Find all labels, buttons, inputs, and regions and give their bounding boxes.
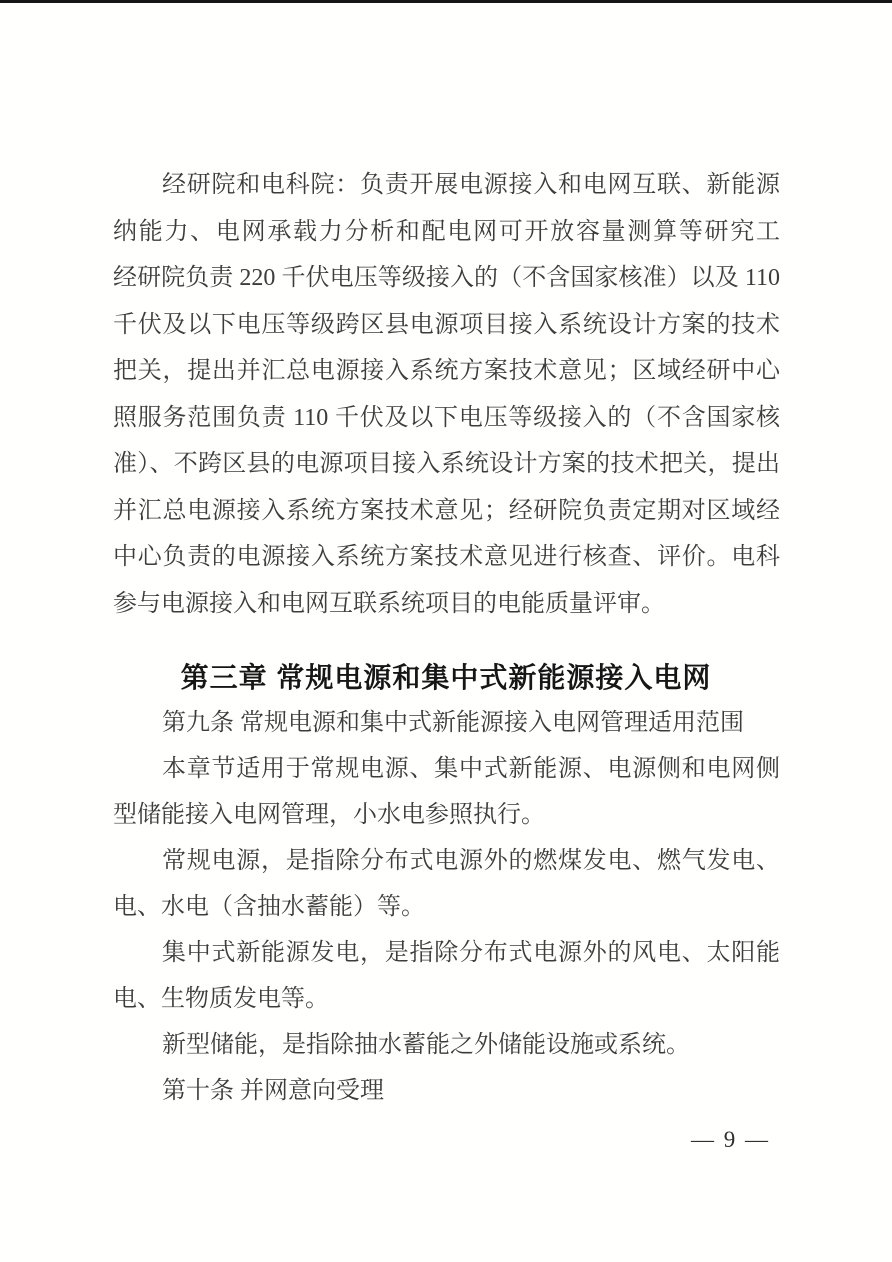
paragraph-institute-duties: 经研院和电科院：负责开展电源接入和电网互联、新能源消 纳能力、电网承载力分析和配…	[113, 162, 780, 627]
text-line: 参与电源接入和电网互联系统项目的电能质量评审。	[113, 581, 780, 628]
text-line: 纳能力、电网承载力分析和配电网可开放容量测算等研究工作；	[113, 209, 780, 256]
text-line: 准）、不跨区县的电源项目接入系统设计方案的技术把关，提出	[113, 441, 780, 488]
text-line: 新型储能，是指除抽水蓄能之外储能设施或系统。	[113, 1022, 780, 1068]
text-line: 经研院负责 220 千伏电压等级接入的（不含国家核准）以及 110	[113, 255, 780, 302]
text-line: 经研院和电科院：负责开展电源接入和电网互联、新能源消	[113, 162, 780, 209]
scan-top-border	[0, 0, 892, 3]
text-line: 照服务范围负责 110 千伏及以下电压等级接入的（不含国家核	[113, 395, 780, 442]
page-number: — 9 —	[638, 1120, 823, 1160]
text-line: 常规电源，是指除分布式电源外的燃煤发电、燃气发电、核	[113, 838, 780, 884]
chapter-section-text: 第九条 常规电源和集中式新能源接入电网管理适用范围 本章节适用于常规电源、集中式…	[113, 700, 780, 1114]
chapter-heading: 第三章 常规电源和集中式新能源接入电网	[0, 652, 892, 704]
text-line: 电、生物质发电等。	[113, 976, 780, 1022]
text-line: 电、水电（含抽水蓄能）等。	[113, 884, 780, 930]
document-page: 经研院和电科院：负责开展电源接入和电网互联、新能源消 纳能力、电网承载力分析和配…	[0, 0, 892, 1262]
text-line: 集中式新能源发电，是指除分布式电源外的风电、太阳能发	[113, 930, 780, 976]
text-line: 千伏及以下电压等级跨区县电源项目接入系统设计方案的技术	[113, 302, 780, 349]
text-line: 型储能接入电网管理，小水电参照执行。	[113, 792, 780, 838]
text-line: 并汇总电源接入系统方案技术意见；经研院负责定期对区域经研	[113, 488, 780, 535]
text-line: 中心负责的电源接入系统方案技术意见进行核查、评价。电科院	[113, 534, 780, 581]
text-line: 本章节适用于常规电源、集中式新能源、电源侧和电网侧新	[113, 746, 780, 792]
text-line: 第十条 并网意向受理	[113, 1068, 780, 1114]
text-line: 第九条 常规电源和集中式新能源接入电网管理适用范围	[113, 700, 780, 746]
text-line: 把关，提出并汇总电源接入系统方案技术意见；区域经研中心按	[113, 348, 780, 395]
